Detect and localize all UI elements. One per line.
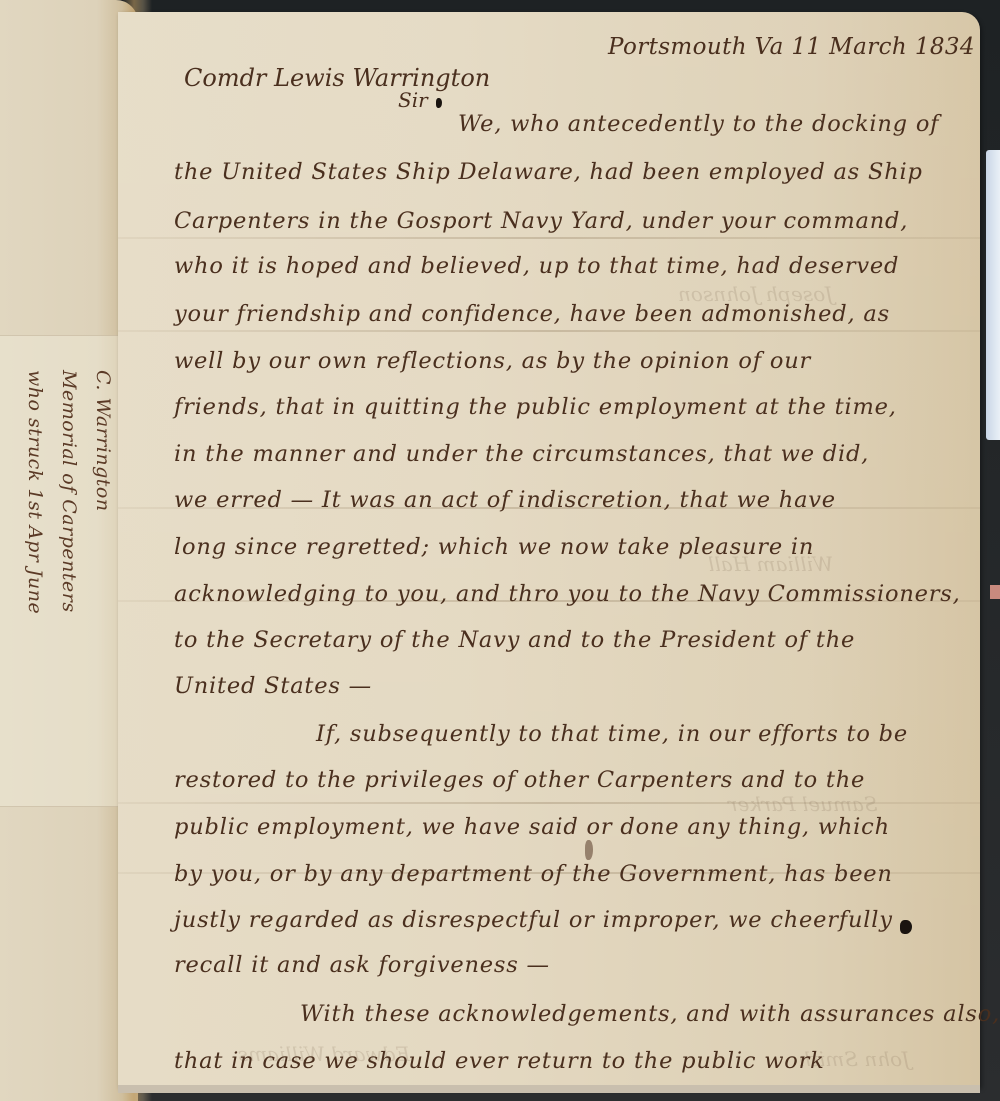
body-line: we erred — It was an act of indiscretion… (174, 487, 836, 513)
body-line: Carpenters in the Gosport Navy Yard, und… (174, 208, 908, 234)
body-line: justly regarded as disrespectful or impr… (174, 907, 893, 933)
docket-line: who struck 1st Apr June (20, 370, 50, 770)
margin-docket: C. Warrington Memorial of Carpenters who… (8, 370, 118, 770)
body-line: United States — (174, 673, 372, 699)
background-object-pink (990, 585, 1000, 599)
letter-page: Joseph Johnson William Hall Samuel Parke… (118, 12, 980, 1087)
docket-line: C. Warrington (88, 370, 118, 770)
body-line: in the manner and under the circumstance… (174, 441, 869, 467)
page-edge (118, 1085, 980, 1093)
body-line: We, who antecedently to the docking of (458, 111, 939, 137)
ink-stain (585, 840, 593, 860)
dateline: Portsmouth Va 11 March 1834 (608, 34, 975, 60)
body-line: acknowledging to you, and thro you to th… (174, 581, 961, 607)
body-line: well by our own reflections, as by the o… (174, 348, 811, 374)
document-photo: C. Warrington Memorial of Carpenters who… (0, 0, 1000, 1101)
body-line: If, subsequently to that time, in our ef… (316, 721, 908, 747)
body-line: restored to the privileges of other Carp… (174, 767, 865, 793)
body-line: to the Secretary of the Navy and to the … (174, 627, 855, 653)
body-line: recall it and ask forgiveness — (174, 952, 550, 978)
body-line: the United States Ship Delaware, had bee… (174, 159, 923, 185)
paper-fold (118, 330, 980, 332)
body-line: who it is hoped and believed, up to that… (174, 253, 899, 279)
body-line: that in case we should ever return to th… (174, 1048, 825, 1074)
salutation: Sir (398, 88, 428, 112)
body-line: your friendship and confidence, have bee… (174, 301, 890, 327)
background-object (986, 150, 1000, 440)
body-line: public employment, we have said or done … (174, 814, 890, 840)
body-line: long since regretted; which we now take … (174, 534, 814, 560)
addressee: Comdr Lewis Warrington (184, 64, 490, 92)
ink-blot (436, 98, 442, 108)
body-line: by you, or by any department of the Gove… (174, 861, 893, 887)
ink-blot (900, 920, 912, 934)
bleed-through: Samuel Parker (728, 792, 878, 816)
body-line: With these acknowledgements, and with as… (300, 1001, 1000, 1027)
docket-line: Memorial of Carpenters (54, 370, 84, 770)
paper-fold (118, 237, 980, 239)
body-line: friends, that in quitting the public emp… (174, 394, 897, 420)
